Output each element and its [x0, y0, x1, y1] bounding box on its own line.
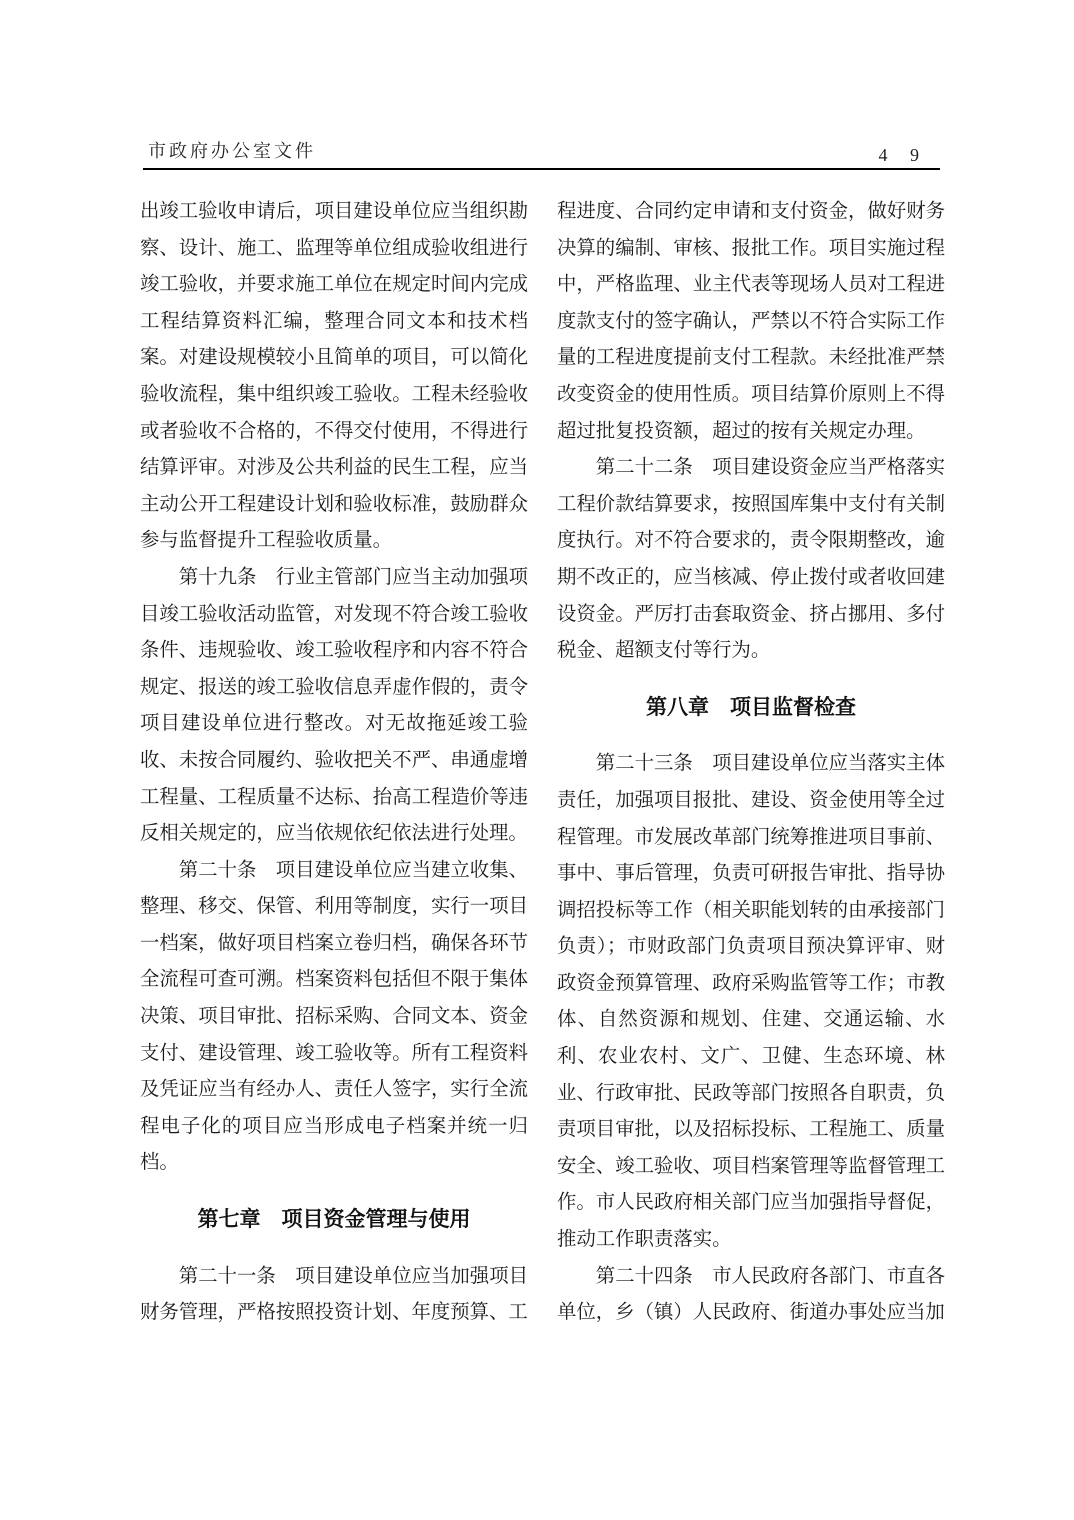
paragraph: 第二十一条 项目建设单位应当加强项目财务管理，严格按照投资计划、年度预算、工: [140, 1259, 528, 1332]
right-column: 程进度、合同约定申请和支付资金，做好财务决算的编制、审核、报批工作。项目实施过程…: [557, 194, 945, 1332]
paragraph: 第二十三条 项目建设单位应当落实主体责任，加强项目报批、建设、资金使用等全过程管…: [557, 746, 945, 1258]
paragraph: 程进度、合同约定申请和支付资金，做好财务决算的编制、审核、报批工作。项目实施过程…: [557, 194, 945, 450]
chapter-heading: 第八章 项目监督检查: [557, 690, 945, 727]
document-body: 出竣工验收申请后，项目建设单位应当组织勘察、设计、施工、监理等单位组成验收组进行…: [140, 194, 945, 1332]
left-column: 出竣工验收申请后，项目建设单位应当组织勘察、设计、施工、监理等单位组成验收组进行…: [140, 194, 528, 1332]
paragraph: 出竣工验收申请后，项目建设单位应当组织勘察、设计、施工、监理等单位组成验收组进行…: [140, 194, 528, 560]
header-title: 市政府办公室文件: [148, 137, 316, 163]
chapter-heading: 第七章 项目资金管理与使用: [140, 1202, 528, 1239]
document-page: 市政府办公室文件 4 9 出竣工验收申请后，项目建设单位应当组织勘察、设计、施工…: [0, 0, 1074, 1520]
paragraph: 第二十二条 项目建设资金应当严格落实工程价款结算要求，按照国库集中支付有关制度执…: [557, 450, 945, 670]
paragraph: 第十九条 行业主管部门应当主动加强项目竣工验收活动监管，对发现不符合竣工验收条件…: [140, 560, 528, 853]
paragraph: 第二十条 项目建设单位应当建立收集、整理、移交、保管、利用等制度，实行一项目一档…: [140, 853, 528, 1182]
page-number: 4 9: [879, 145, 929, 166]
page-header: 市政府办公室文件 4 9: [143, 130, 940, 170]
paragraph: 第二十四条 市人民政府各部门、市直各单位，乡（镇）人民政府、街道办事处应当加: [557, 1259, 945, 1332]
